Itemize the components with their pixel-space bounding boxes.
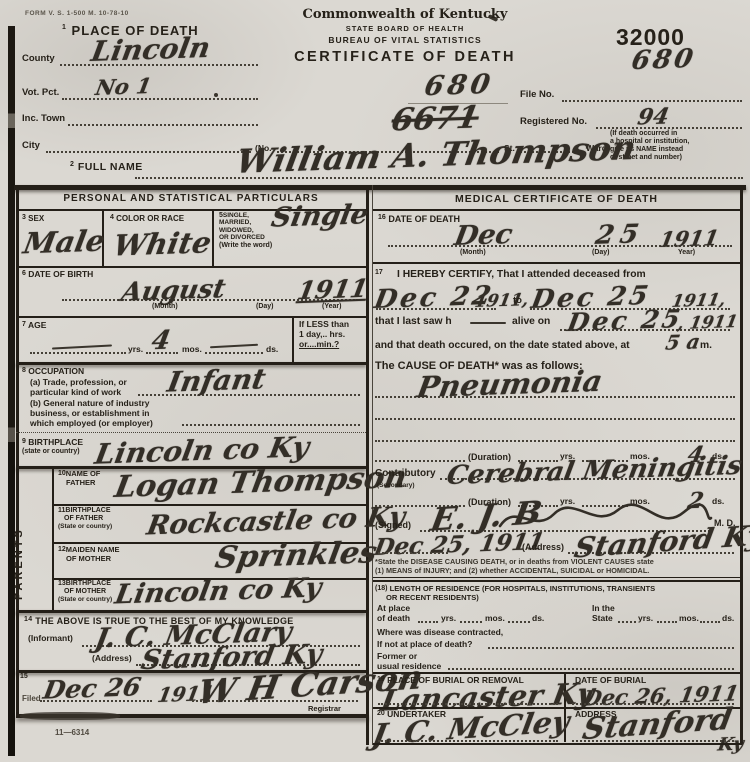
dod-day-hint: (Day) (592, 249, 610, 257)
dob-month-hint: (Month) (152, 303, 178, 311)
pen-stroke (52, 344, 112, 349)
dotted-line (205, 352, 263, 354)
age-mos-label: mos. (182, 345, 202, 355)
full-name-value: William A. Thompson (234, 131, 639, 178)
residence-at-place-l2: of death (377, 614, 410, 624)
label-hint: (State or country) (58, 596, 112, 603)
field-number: (18) (375, 585, 387, 592)
cause-footnote-line2: (1) MEANS of INJURY; and (2) whether ACC… (375, 567, 649, 575)
residence-yrs2: yrs. (638, 614, 653, 624)
certificate-number-center: 680 (422, 71, 496, 100)
print-code: 11—6314 (55, 728, 89, 737)
certify-saw-mid: alive on (512, 316, 550, 328)
dod-label: 16 DATE OF DEATH (378, 214, 460, 224)
ink-blot (214, 93, 218, 97)
contributory-label: Contributory (375, 468, 436, 480)
label-text: MARRIED, (219, 219, 272, 226)
certify-time-value: 5 a (664, 331, 702, 352)
dotted-line (572, 740, 734, 742)
residence-contracted-l2: If not at place of death? (377, 640, 472, 650)
label-text: OR DIVORCED (219, 234, 272, 241)
field-number: 2 (70, 161, 74, 168)
field-number: 13 (58, 580, 66, 587)
mother-birthplace-label: 13BIRTHPLACE OF MOTHER (State or country… (58, 580, 112, 604)
file-no-label: File No. (520, 90, 554, 101)
dotted-line (378, 740, 558, 742)
label-text: MAIDEN NAME (66, 545, 120, 554)
label-text: OF MOTHER (58, 588, 112, 596)
father-name-value: Logan Thompson (112, 463, 409, 503)
residence-yrs1: yrs. (441, 614, 456, 624)
dotted-line (135, 177, 743, 179)
certificate-title: CERTIFICATE OF DEATH (280, 49, 530, 66)
marital-value: Single (269, 201, 370, 231)
label-text: BIRTHPLACE (28, 437, 83, 447)
dod-year-hint: Year) (678, 249, 695, 257)
color-race-value: White (111, 228, 213, 260)
label-text: NAME OF (66, 469, 101, 478)
field-number: 8 (22, 367, 26, 374)
birthplace-value: Lincoln co Ky (93, 433, 311, 468)
rule (373, 743, 740, 745)
rule (14, 185, 746, 190)
father-birthplace-label: 11BIRTHPLACE OF FATHER (State or country… (58, 507, 112, 531)
rule (52, 466, 54, 610)
mother-maiden-label: 12MAIDEN NAME OF MOTHER (58, 546, 120, 563)
label-text: BIRTHPLACE (66, 580, 111, 587)
field-number: 10 (58, 470, 66, 477)
rule (373, 209, 740, 211)
registered-no-value: 94 (636, 105, 671, 128)
signed-label: (Signed) (375, 520, 411, 530)
dotted-line (62, 98, 258, 100)
age-yrs-label: yrs. (128, 345, 143, 355)
dob-day-hint: (Day) (256, 303, 274, 311)
mother-maiden-value: Sprinkles (213, 538, 379, 574)
label-text: DATE OF BIRTH (28, 269, 93, 279)
field-number: 7 (22, 321, 26, 328)
informant-address-label: (Address) (92, 654, 132, 664)
dob-month-value: August (119, 276, 227, 306)
dotted-line (418, 621, 438, 623)
birthplace-label: 9 BIRTHPLACE (22, 438, 83, 448)
age-mos-value: 4 (150, 328, 173, 355)
street-no-value: 6671 (389, 103, 481, 137)
filed-date-value: Dec 26 (41, 674, 142, 702)
dod-day-value: 25 (594, 221, 647, 249)
label-text: FATHER (58, 479, 100, 488)
residence-mos1: mos. (485, 614, 505, 624)
field-number: 14 (24, 616, 32, 623)
secondary-label: (Secondary) (377, 482, 415, 489)
residence-ds2: ds. (722, 614, 734, 624)
field-number: 20 (377, 710, 385, 717)
label-text: SINGLE, (223, 212, 249, 219)
label-text: COLOR OR RACE (116, 214, 184, 223)
dotted-line (378, 703, 558, 705)
commonwealth-title: Commonwealth of Kentucky (290, 8, 520, 23)
age-less-than-box: If LESS than 1 day,.. hrs. or....min.? (299, 320, 349, 349)
rule (292, 316, 294, 363)
rule (373, 262, 740, 264)
dotted-line (68, 124, 258, 126)
occupation-b3: which employed (or employer) (30, 419, 153, 429)
dod-month-hint: (Month) (460, 249, 486, 257)
signed-date-value: Dec 25, 1911 (372, 530, 546, 559)
city-label: City (22, 141, 40, 152)
field-number: 19 (377, 676, 385, 683)
dotted-line (700, 621, 720, 623)
label-text: or....min.? (299, 340, 349, 350)
underline (408, 103, 508, 104)
age-ds-label: ds. (266, 345, 278, 355)
dotted-line (30, 352, 126, 354)
label-hint: (State or country) (58, 523, 112, 530)
dotted-line (146, 352, 178, 354)
dotted-line (508, 621, 530, 623)
rule (373, 580, 740, 582)
marital-label: 5SINGLE, MARRIED, WIDOWED, OR DIVORCED (… (219, 212, 272, 250)
rule (16, 266, 366, 268)
dotted-line (46, 151, 251, 153)
certify-saw-pre: that I last saw h (375, 316, 452, 328)
label-text: OF MOTHER (58, 555, 120, 564)
cause-value: Pneumonia (415, 367, 605, 402)
pen-stroke (470, 322, 506, 324)
field-number: 12 (58, 546, 66, 553)
county-value: Lincoln (89, 34, 212, 66)
full-name-label: FULL NAME (78, 161, 143, 173)
label-text: DATE OF DEATH (388, 214, 460, 224)
dotted-line (375, 418, 735, 420)
death-certificate-scan: FORM V. S. 1-500 M. 10-78-10 1 PLACE OF … (0, 0, 750, 762)
certificate-number-right: 680 (629, 46, 697, 74)
label-text: AGE (28, 320, 46, 330)
dotted-line (460, 621, 482, 623)
father-name-label: 10NAME OF FATHER (58, 470, 100, 487)
label-text: OF FATHER (58, 515, 112, 523)
certify-death-line: and that death occured, on the date stat… (375, 340, 630, 352)
sex-value: Male (21, 227, 107, 259)
inc-town-label: Inc. Town (22, 114, 65, 125)
vot-pct-label: Vot. Pct. (22, 88, 59, 99)
residence-heading-line2: OR RECENT RESIDENTS) (386, 594, 479, 603)
registrar-label: Registrar (308, 705, 341, 714)
dod-year-value: 1911 (658, 227, 721, 250)
certify-m-label: m. (700, 340, 712, 352)
rule (212, 209, 214, 266)
birthplace-hint: (state or country) (22, 448, 80, 456)
duration2-ds: ds. (712, 497, 724, 507)
field-number: 6 (22, 270, 26, 277)
dotted-line (375, 440, 735, 442)
county-label: County (22, 54, 55, 65)
label-hint: (Write the word) (219, 242, 272, 250)
label-text: WIDOWED, (219, 227, 272, 234)
rule (16, 316, 366, 318)
residence-state: State (592, 614, 613, 624)
filed-label: Filed (22, 694, 41, 703)
field-number: 3 (22, 214, 26, 221)
state-board-line: STATE BOARD OF HEALTH (290, 25, 520, 34)
color-race-label: 4 COLOR OR RACE (110, 214, 184, 223)
dob-year-value: 1911 (296, 276, 371, 303)
field-number: 4 (110, 214, 114, 221)
rule (373, 577, 740, 578)
certify-intro: I HEREBY CERTIFY, That I attended deceas… (397, 269, 646, 281)
field-number: 1 (62, 24, 67, 31)
dotted-line (562, 100, 742, 102)
label-text: SEX (28, 214, 44, 223)
registered-no-label: Registered No. (520, 117, 587, 128)
age-label: 7 AGE (22, 321, 46, 331)
parents-vertical-label: PARENTS (13, 495, 26, 600)
occupation-a2: particular kind of work (30, 388, 121, 398)
sex-label: 3 SEX (22, 214, 44, 223)
residence-former-l2: usual residence (377, 662, 441, 672)
dotted-rule (16, 432, 366, 433)
rule (16, 610, 366, 613)
scan-edge-artifact (8, 26, 15, 756)
undertaker-address-value2: Ky (716, 736, 745, 755)
dotted-line (618, 621, 636, 623)
occupation-value: Infant (165, 365, 268, 396)
dob-label: 6 DATE OF BIRTH (22, 270, 93, 280)
certify-to-label: to (513, 296, 522, 307)
dod-month-value: Dec (452, 221, 514, 250)
physician-address-label: (Address) (522, 542, 564, 552)
label-text: OCCUPATION (28, 366, 84, 376)
medical-section-title: MEDICAL CERTIFICATE OF DEATH (373, 193, 740, 205)
form-number: FORM V. S. 1-500 M. 10-78-10 (25, 10, 129, 17)
label-text: BIRTHPLACE (65, 507, 110, 514)
dotted-line (182, 424, 360, 426)
rule (373, 672, 740, 674)
dotted-line (448, 668, 734, 670)
mother-birthplace-value: Lincoln co Ky (113, 574, 324, 608)
residence-ds1: ds. (532, 614, 544, 624)
certify-number: 17 (375, 269, 383, 277)
residence-contracted-l1: Where was disease contracted, (377, 628, 503, 638)
dotted-line (378, 552, 448, 554)
bureau-line: BUREAU OF VITAL STATISTICS (290, 36, 520, 46)
scan-smudge (20, 712, 120, 720)
rule (16, 185, 19, 717)
field-number: 16 (378, 214, 386, 221)
full-name-heading: 2 FULL NAME (70, 161, 143, 173)
informant-label: (Informant) (28, 634, 73, 644)
dob-year-hint: (Year) (322, 303, 341, 311)
dotted-line (657, 621, 677, 623)
vot-pct-value: No 1 (94, 75, 153, 98)
residence-mos2: mos. (679, 614, 699, 624)
dotted-line (40, 700, 152, 702)
dotted-line (488, 647, 734, 649)
occupation-label: 8 OCCUPATION (22, 367, 84, 377)
field-number: 9 (22, 438, 26, 445)
filed-number: 15 (20, 673, 28, 681)
label-text: LENGTH OF RESIDENCE (FOR HOSPITALS, INST… (390, 584, 656, 593)
pen-stroke (210, 344, 258, 349)
